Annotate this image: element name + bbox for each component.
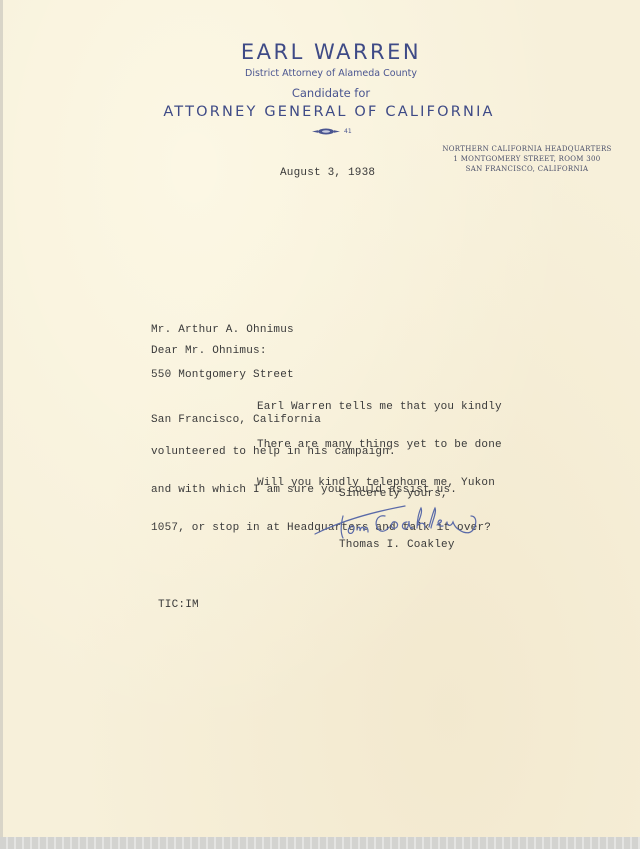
letter-date: August 3, 1938 bbox=[280, 166, 375, 181]
letter-page: EARL WARREN District Attorney of Alameda… bbox=[0, 0, 640, 837]
hq-line-2: 1 MONTGOMERY STREET, ROOM 300 bbox=[437, 154, 617, 164]
salutation: Dear Mr. Ohnimus: bbox=[151, 344, 267, 359]
signer-name: Thomas I. Coakley bbox=[339, 538, 455, 553]
handwritten-signature bbox=[313, 490, 483, 542]
letterhead-candidate-label: Candidate for bbox=[11, 86, 640, 100]
headquarters-address: NORTHERN CALIFORNIA HEADQUARTERS 1 MONTG… bbox=[437, 144, 617, 174]
letterhead-office: District Attorney of Alameda County bbox=[11, 68, 640, 79]
letterhead-name: EARL WARREN bbox=[11, 40, 640, 64]
recipient-name: Mr. Arthur A. Ohnimus bbox=[151, 323, 321, 338]
hq-line-1: NORTHERN CALIFORNIA HEADQUARTERS bbox=[437, 144, 617, 154]
letterhead-campaign-title: ATTORNEY GENERAL OF CALIFORNIA bbox=[9, 104, 640, 120]
scanner-edge bbox=[0, 837, 640, 849]
hq-line-3: SAN FRANCISCO, CALIFORNIA bbox=[437, 164, 617, 174]
union-bug-ornament-icon bbox=[312, 128, 340, 135]
reference-initials: TIC:IM bbox=[158, 598, 199, 613]
ornament-mark: 41 bbox=[344, 128, 352, 135]
